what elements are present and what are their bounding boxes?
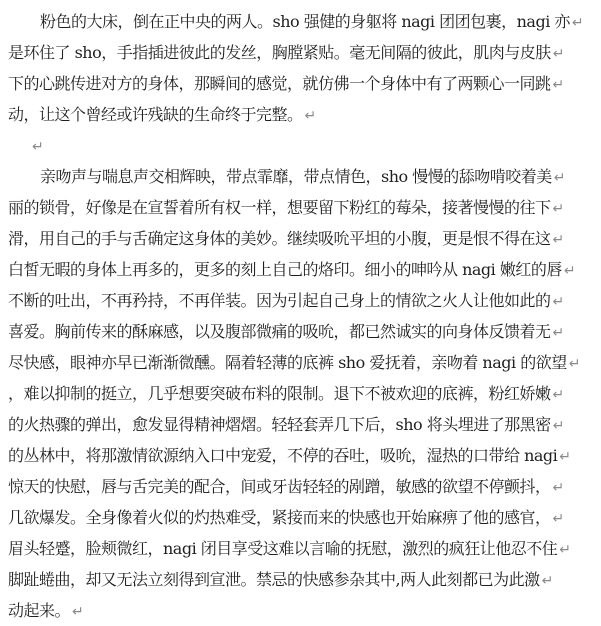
- line-text: 下的心跳传进对方的身体，那瞬间的感觉，就仿佛一个身体中有了两颗心一同跳: [8, 74, 551, 93]
- text-line: 白皙无暇的身体上再多的，更多的刻上自己的烙印。细小的呻吟从 nagi 嫩红的唇↵: [8, 254, 561, 285]
- text-line: 几欲爆发。全身像着火似的灼热难受，紧接而来的快感也开始麻痹了他的感官，↵: [8, 502, 561, 533]
- text-line: 下的心跳传进对方的身体，那瞬间的感觉，就仿佛一个身体中有了两颗心一同跳↵: [8, 68, 561, 99]
- text-line: 滑，用自己的手与舌确定这身体的美妙。继续吸吮平坦的小腹，更是恨不得在这↵: [8, 223, 561, 254]
- text-line: 的火热骤的弹出，愈发显得精神熠熠。轻轻套弄几下后，sho 将头埋进了那黑密↵: [8, 409, 561, 440]
- line-break-mark-icon: ↵: [551, 511, 564, 527]
- line-break-mark-icon: ↵: [570, 15, 583, 31]
- line-text: 丽的锁骨，好像是在宣誓着所有权一样，想要留下粉红的莓朵，接著慢慢的往下: [8, 198, 551, 217]
- line-break-mark-icon: ↵: [552, 170, 565, 186]
- line-text: ，难以抑制的挺立，几乎想要突破布料的限制。退下不被欢迎的底裤，粉红娇嫩: [8, 384, 551, 403]
- text-line: 尽快感，眼神亦早已渐渐微醺。隔着轻薄的底裤 sho 爱抚着，亲吻着 nagi 的…: [8, 347, 561, 378]
- text-line: 动，让这个曾经或许残缺的生命终于完整。↵: [8, 99, 561, 130]
- text-line: 粉色的大床，倒在正中央的两人。sho 强健的身躯将 nagi 团团包裹，nagi…: [8, 6, 561, 37]
- line-text: 脚趾蜷曲，却又无法立刻得到宣泄。禁忌的快感参杂其中,两人此刻都已为此激: [8, 570, 540, 589]
- line-break-mark-icon: ↵: [551, 77, 564, 93]
- line-text: 几欲爆发。全身像着火似的灼热难受，紧接而来的快感也开始麻痹了他的感官，: [8, 508, 551, 527]
- text-line: 丽的锁骨，好像是在宣誓着所有权一样，想要留下粉红的莓朵，接著慢慢的往下↵: [8, 192, 561, 223]
- line-break-mark-icon: ↵: [562, 263, 575, 279]
- text-line: 是环住了 sho，手指插进彼此的发丝，胸膛紧贴。毫无间隔的彼此，肌肉与皮肤↵: [8, 37, 561, 68]
- text-line: 动起来。↵: [8, 595, 561, 626]
- line-break-mark-icon: ↵: [551, 232, 564, 248]
- line-break-mark-icon: ↵: [551, 387, 564, 403]
- line-break-mark-icon: ↵: [540, 573, 553, 589]
- text-line: 脚趾蜷曲，却又无法立刻得到宣泄。禁忌的快感参杂其中,两人此刻都已为此激↵: [8, 564, 561, 595]
- line-break-mark-icon: ↵: [551, 325, 564, 341]
- line-text: 眉头轻蹙，脸颊微红，nagi 闭目享受这难以言喻的抚慰，激烈的疯狂让他忍不住: [8, 539, 557, 558]
- line-break-mark-icon: ↵: [567, 356, 580, 372]
- line-break-mark-icon: ↵: [557, 449, 570, 465]
- line-text: 的丛林中，将那激情欲源纳入口中宠爱，不停的吞吐，吸吮，湿热的口带给 nagi: [8, 446, 557, 465]
- text-line: ，难以抑制的挺立，几乎想要突破布料的限制。退下不被欢迎的底裤，粉红娇嫩↵: [8, 378, 561, 409]
- line-break-mark-icon: ↵: [30, 139, 43, 155]
- line-text: 动，让这个曾经或许残缺的生命终于完整。: [8, 105, 303, 124]
- text-line: 惊天的快慰，唇与舌完美的配合，间或牙齿轻轻的剐蹭，敏感的欲望不停颤抖，↵: [8, 471, 561, 502]
- line-text: 不断的吐出，不再矜持，不再佯装。因为引起自己身上的情欲之火人让他如此的: [8, 291, 551, 310]
- line-break-mark-icon: ↵: [70, 604, 83, 620]
- line-break-mark-icon: ↵: [557, 542, 570, 558]
- line-text: 亲吻声与喘息声交相辉映，带点霏靡，带点情色，sho 慢慢的舔吻啃咬着美: [40, 167, 552, 186]
- line-text: 喜爱。胸前传来的酥麻感，以及腹部微痛的吸吮，都已然诚实的向身体反馈着无: [8, 322, 551, 341]
- text-line: 不断的吐出，不再矜持，不再佯装。因为引起自己身上的情欲之火人让他如此的↵: [8, 285, 561, 316]
- document-page[interactable]: 粉色的大床，倒在正中央的两人。sho 强健的身躯将 nagi 团团包裹，nagi…: [0, 0, 601, 626]
- line-break-mark-icon: ↵: [551, 294, 564, 310]
- line-text: 尽快感，眼神亦早已渐渐微醺。隔着轻薄的底裤 sho 爱抚着，亲吻着 nagi 的…: [8, 353, 567, 372]
- line-break-mark-icon: ↵: [551, 46, 564, 62]
- line-break-mark-icon: ↵: [551, 418, 564, 434]
- line-text: 滑，用自己的手与舌确定这身体的美妙。继续吸吮平坦的小腹，更是恨不得在这: [8, 229, 551, 248]
- line-text: 粉色的大床，倒在正中央的两人。sho 强健的身躯将 nagi 团团包裹，nagi…: [40, 12, 570, 31]
- text-line: 的丛林中，将那激情欲源纳入口中宠爱，不停的吞吐，吸吮，湿热的口带给 nagi↵: [8, 440, 561, 471]
- line-break-mark-icon: ↵: [551, 201, 564, 217]
- empty-line: ↵: [8, 130, 561, 161]
- line-break-mark-icon: ↵: [303, 108, 316, 124]
- line-text: 惊天的快慰，唇与舌完美的配合，间或牙齿轻轻的剐蹭，敏感的欲望不停颤抖，: [8, 477, 551, 496]
- line-text: 白皙无暇的身体上再多的，更多的刻上自己的烙印。细小的呻吟从 nagi 嫩红的唇: [8, 260, 562, 279]
- line-text: 动起来。: [8, 601, 70, 620]
- line-text: 的火热骤的弹出，愈发显得精神熠熠。轻轻套弄几下后，sho 将头埋进了那黑密: [8, 415, 551, 434]
- text-line: 喜爱。胸前传来的酥麻感，以及腹部微痛的吸吮，都已然诚实的向身体反馈着无↵: [8, 316, 561, 347]
- line-text: 是环住了 sho，手指插进彼此的发丝，胸膛紧贴。毫无间隔的彼此，肌肉与皮肤: [8, 43, 551, 62]
- text-line: 亲吻声与喘息声交相辉映，带点霏靡，带点情色，sho 慢慢的舔吻啃咬着美↵: [8, 161, 561, 192]
- text-line: 眉头轻蹙，脸颊微红，nagi 闭目享受这难以言喻的抚慰，激烈的疯狂让他忍不住↵: [8, 533, 561, 564]
- line-break-mark-icon: ↵: [551, 480, 564, 496]
